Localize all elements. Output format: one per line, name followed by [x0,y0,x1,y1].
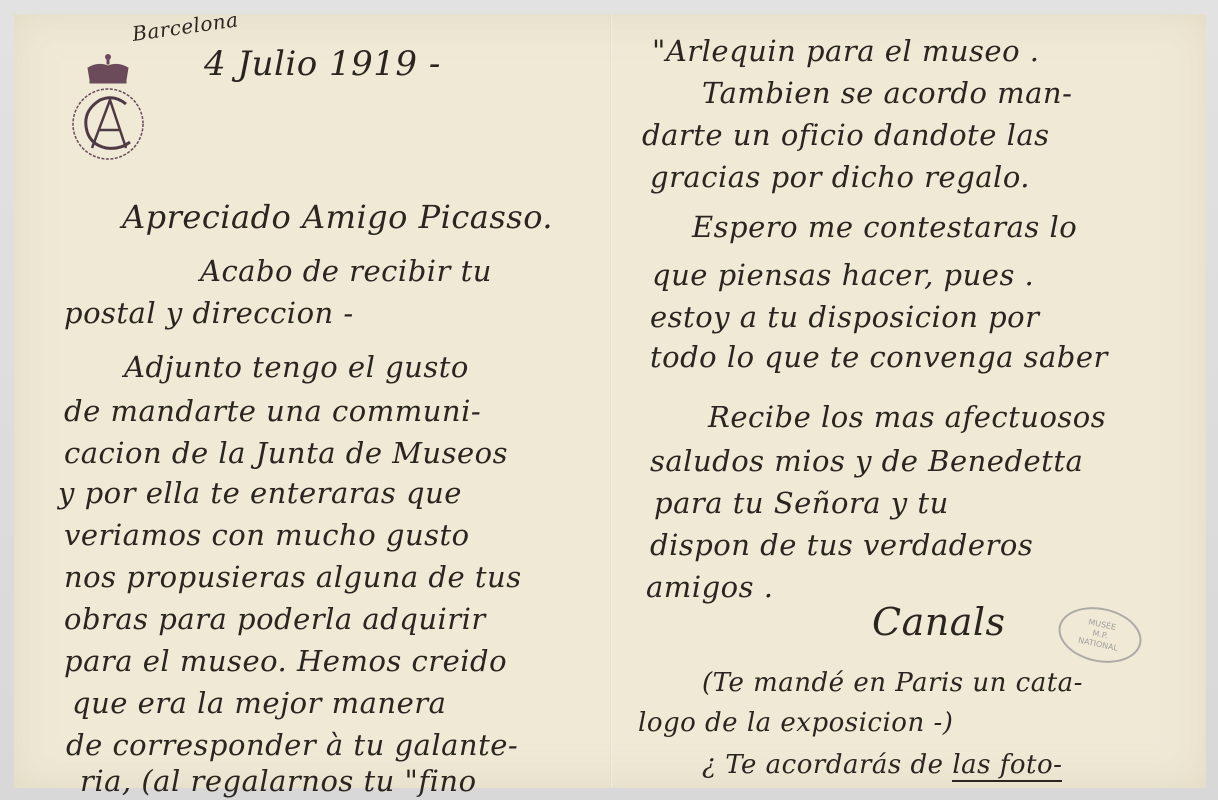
letter-line: ria, (al regalarnos tu "fino [80,764,477,798]
letter-line: que era la mejor manera [72,686,446,720]
letter-line: nos propusieras alguna de tus [64,560,522,594]
letter-paper: Barcelona 4 Julio 1919 - Apreciado Amigo… [14,14,1206,788]
letter-line: de corresponder à tu galante- [66,728,518,762]
left-page: Barcelona 4 Julio 1919 - Apreciado Amigo… [14,14,610,788]
letter-line: veriamos con mucho gusto [64,518,470,552]
letter-line: Adjunto tengo el gusto [124,350,469,384]
letter-date: 4 Julio 1919 - [204,44,441,84]
letter-line: para el museo. Hemos creido [64,644,507,678]
letter-line: gracias por dicho regalo. [650,160,1030,194]
letter-line: Acabo de recibir tu [200,254,492,288]
postscript-line: logo de la exposicion -) [638,708,953,738]
closing-line-text: ¿ Te acordarás de [702,750,952,780]
letter-line: de mandarte una communi- [64,394,481,428]
place-name: Barcelona [131,7,240,46]
letter-line: amigos . [646,570,773,604]
letter-line: Tambien se acordo man- [702,76,1072,110]
letter-line: dispon de tus verdaderos [650,528,1033,562]
postscript-line: (Te mandé en Paris un cata- [702,668,1083,698]
letter-line: estoy a tu disposicion por [650,300,1039,334]
salutation: Apreciado Amigo Picasso. [122,198,553,236]
right-page: "Arlequin para el museo . Tambien se aco… [612,14,1206,788]
letter-line: darte un oficio dandote las [642,118,1050,152]
letter-line: saludos mios y de Benedetta [650,444,1083,478]
letter-line: que piensas hacer, pues . [652,258,1034,292]
closing-line: ¿ Te acordarás de las foto- [702,750,1062,780]
letter-line: postal y direccion - [64,296,354,330]
letter-line: y por ella te enteraras que [58,476,462,510]
crown-monogram-icon [68,48,148,168]
letter-line: Recibe los mas afectuosos [708,400,1106,434]
underlined-text: las foto- [952,750,1062,782]
letter-line: "Arlequin para el museo . [652,34,1040,68]
letter-line: obras para poderla adquirir [64,602,486,636]
letter-line: todo lo que te convenga saber [650,340,1108,374]
letter-line: Espero me contestaras lo [692,210,1077,244]
signature: Canals [872,600,1006,644]
letter-line: para tu Señora y tu [654,486,949,520]
letter-line: cacion de la Junta de Museos [64,436,508,470]
